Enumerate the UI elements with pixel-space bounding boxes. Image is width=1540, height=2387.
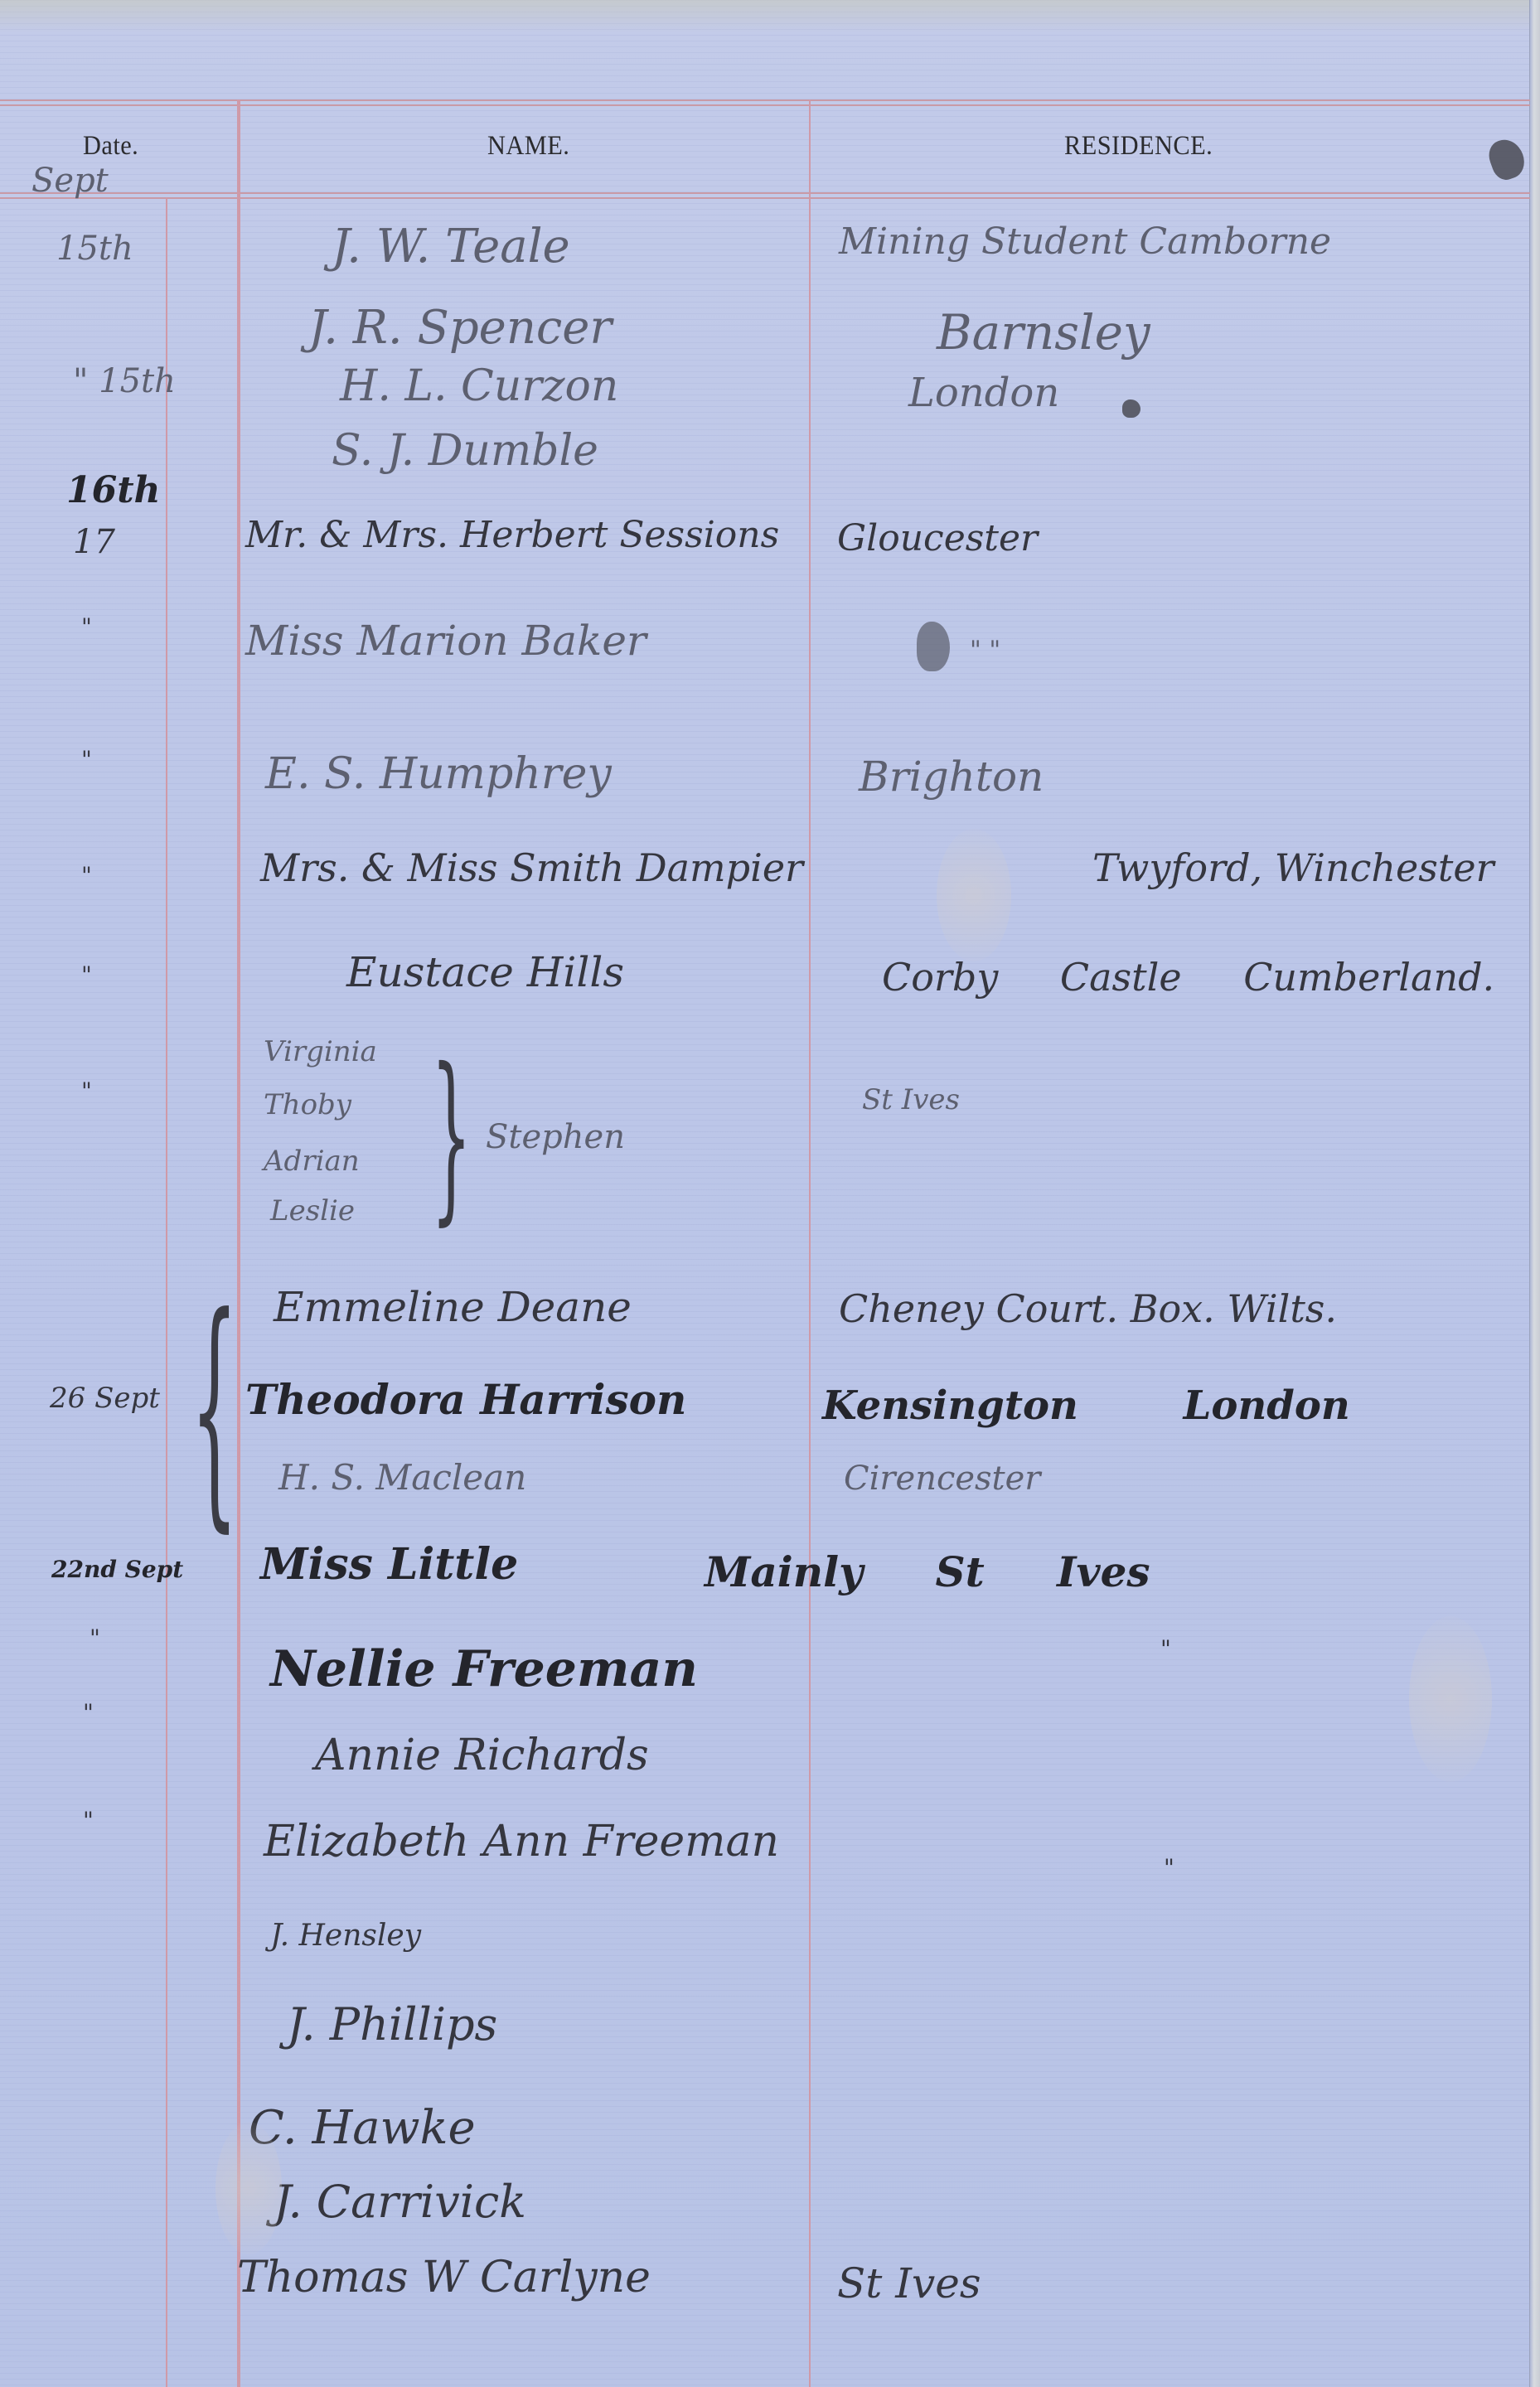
guest-name: J. Carrivick — [274, 2180, 526, 2225]
header-top-rule — [0, 99, 1530, 106]
guest-name: Mrs. & Miss Smith Dampier — [260, 849, 803, 887]
guest-residence: Corby Castle Cumberland. — [882, 958, 1494, 996]
guest-residence: Kensington London — [822, 1386, 1350, 1426]
guest-name: H. L. Curzon — [340, 365, 618, 408]
guest-residence: Gloucester — [837, 520, 1038, 557]
guest-residence: Barnsley — [937, 308, 1150, 356]
date-entry: 15th — [56, 232, 133, 265]
guest-name: Mr. & Mrs. Herbert Sessions — [245, 517, 779, 554]
header-bottom-rule — [0, 192, 1530, 199]
group-brace: { — [191, 1285, 238, 1533]
guest-name: Elizabeth Ann Freeman — [264, 1820, 779, 1863]
name-residence-divider — [809, 99, 811, 2387]
ditto-mark: " " — [970, 638, 1000, 663]
paper-stain — [216, 2122, 282, 2254]
ink-blot — [1122, 399, 1140, 418]
stephen-given-name: Leslie — [270, 1197, 355, 1225]
guest-name: Nellie Freeman — [270, 1644, 698, 1694]
ditto-mark: " — [1160, 1638, 1171, 1661]
ditto-mark: " — [90, 1624, 100, 1652]
guest-residence: Mainly St Ives — [705, 1552, 1150, 1593]
guest-name: J. R. Spencer — [308, 305, 612, 351]
ink-blot — [917, 622, 950, 671]
ditto-mark: " — [81, 613, 92, 641]
stephen-given-name: Virginia — [264, 1038, 377, 1066]
date-column-divider — [237, 99, 240, 2387]
ditto-mark: " — [81, 961, 92, 989]
stephen-surname: Stephen — [486, 1121, 625, 1154]
header-name: NAME. — [487, 131, 569, 162]
guest-residence: St Ives — [862, 1086, 960, 1114]
guest-residence: London — [908, 373, 1059, 413]
ditto-mark: " — [1164, 1857, 1174, 1880]
date-entry: 26 Sept — [50, 1384, 160, 1412]
ditto-mark: " — [81, 862, 92, 889]
guest-name: Emmeline Deane — [274, 1286, 632, 1328]
guest-residence: Cheney Court. Box. Wilts. — [839, 1290, 1337, 1328]
guest-name: C. Hawke — [249, 2105, 476, 2152]
stephen-given-name: Thoby — [264, 1091, 351, 1119]
guest-residence: Twyford, Winchester — [1092, 849, 1494, 887]
guest-name: Miss Marion Baker — [245, 620, 647, 661]
ditto-mark: " — [81, 1077, 92, 1105]
date-entry: 17 — [73, 525, 115, 559]
ink-blot — [1484, 135, 1529, 184]
date-entry: 22nd Sept — [51, 1558, 183, 1581]
guest-name: Miss Little — [260, 1543, 518, 1586]
guest-name: E. S. Humphrey — [265, 753, 612, 796]
guest-name: Annie Richards — [315, 1734, 649, 1777]
guest-residence: Cirencester — [844, 1462, 1040, 1495]
ditto-mark: " — [83, 1699, 94, 1726]
guest-name: Eustace Hills — [346, 951, 624, 993]
date-subcolumn-divider — [166, 197, 167, 2387]
guest-residence: Mining Student Camborne — [839, 224, 1331, 260]
guest-residence: Brighton — [859, 756, 1044, 797]
guest-name: Theodora Harrison — [245, 1379, 686, 1421]
header-residence: RESIDENCE. — [1064, 131, 1213, 162]
guest-name: J. Phillips — [287, 2002, 497, 2047]
guest-name: Thomas W Carlyne — [237, 2256, 651, 2299]
date-entry: 16th — [66, 472, 161, 509]
family-brace: } — [431, 1044, 472, 1227]
guest-name: S. J. Dumble — [332, 429, 598, 472]
guest-name: J. W. Teale — [332, 224, 570, 270]
guest-name: H. S. Maclean — [278, 1460, 526, 1495]
guest-residence: St Ives — [837, 2263, 981, 2304]
page-binding-edge — [1529, 0, 1540, 2387]
ditto-mark: " — [81, 746, 92, 773]
page-top-edge — [0, 0, 1540, 33]
register-page: Date. NAME. RESIDENCE. Sept 15th " 15th … — [0, 0, 1540, 2387]
paper-stain — [1409, 1616, 1492, 1782]
stephen-given-name: Adrian — [264, 1147, 360, 1175]
ditto-mark: " — [83, 1807, 94, 1834]
header-date: Date. — [83, 131, 138, 162]
guest-name: J. Hensley — [270, 1921, 421, 1951]
month-note: Sept — [31, 164, 109, 197]
paper-stain — [937, 829, 1011, 961]
date-entry: " 15th — [73, 365, 176, 398]
